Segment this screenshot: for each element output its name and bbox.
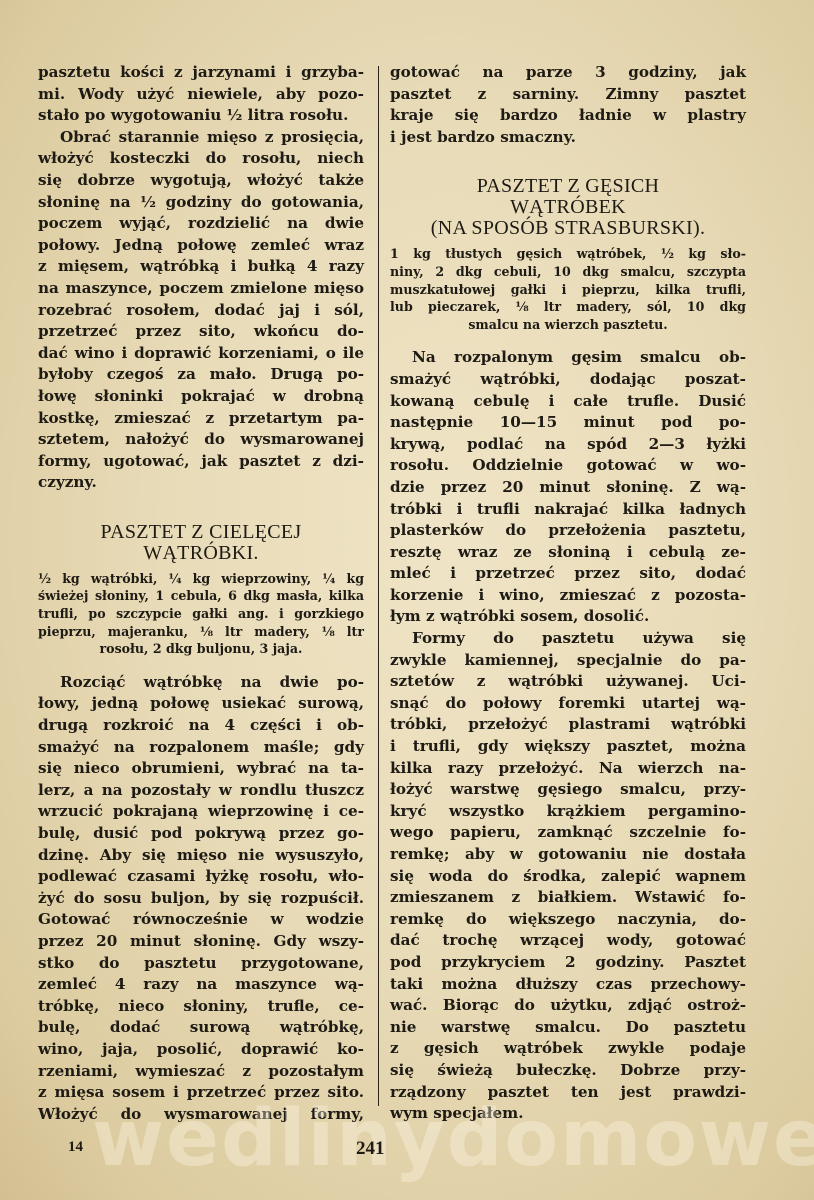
- text-line: włożyć kosteczki do rosołu, niech: [38, 148, 364, 170]
- text-line: resztę wraz ze słoniną i cebulą ze-: [390, 542, 746, 564]
- ingredients-list: 1 kg tłustych gęsich wątróbek, ½ kg sło-…: [390, 245, 746, 333]
- text-line: i trufli, gdy większy pasztet, można: [390, 736, 746, 758]
- text-line: mleć i przetrzeć przez sito, dodać: [390, 563, 746, 585]
- text-line: poczem wyjąć, rozdzielić na dwie: [38, 213, 364, 235]
- text-line: wym specjałem.: [390, 1103, 746, 1125]
- text-line: formy, ugotować, jak pasztet z dzi-: [38, 451, 364, 473]
- text-line: przez 20 minut słoninę. Gdy wszy-: [38, 931, 364, 953]
- text-line: wrzucić pokrajaną wieprzowinę i ce-: [38, 801, 364, 823]
- text-line: lerz, a na pozostały w rondlu tłuszcz: [38, 780, 364, 802]
- text-line: PASZTET Z GĘSICH: [390, 176, 746, 197]
- text-line: świeżej słoniny, 1 cebula, 6 dkg masła, …: [38, 587, 364, 605]
- text-line: remkę; aby w gotowaniu nie dostała: [390, 844, 746, 866]
- text-line: Obrać starannie mięso z prosięcia,: [38, 127, 364, 149]
- text-line: przetrzeć przez sito, wkońcu do-: [38, 321, 364, 343]
- text-line: kilka razy przełożyć. Na wierzch na-: [390, 758, 746, 780]
- text-line: rosołu, 2 dkg buljonu, 3 jaja.: [38, 640, 364, 658]
- text-line: drugą rozkroić na 4 części i ob-: [38, 715, 364, 737]
- text-line: kraje się bardzo ładnie w plastry: [390, 105, 746, 127]
- text-line: na maszynce, poczem zmielone mięso: [38, 278, 364, 300]
- text-line: i jest bardzo smaczny.: [390, 127, 746, 149]
- text-line: się świeżą bułeczkę. Dobrze przy-: [390, 1060, 746, 1082]
- text-line: się nieco obrumieni, wybrać na ta-: [38, 758, 364, 780]
- text-line: smażyć na rozpalonem maśle; gdy: [38, 737, 364, 759]
- text-line: snąć do połowy foremki utartej wą-: [390, 693, 746, 715]
- text-line: taki można dłuższy czas przechowy-: [390, 974, 746, 996]
- text-line: się dobrze wygotują, włożyć także: [38, 170, 364, 192]
- paragraph: Rozciąć wątróbkę na dwie po-łowy, jedną …: [38, 672, 364, 1125]
- text-line: dać wino i doprawić korzeniami, o ile: [38, 343, 364, 365]
- text-line: mi. Wody użyć niewiele, aby pozo-: [38, 84, 364, 106]
- left-column: pasztetu kości z jarzynami i grzyba-mi. …: [38, 62, 364, 1125]
- text-line: kowaną cebulę i całe trufle. Dusić: [390, 391, 746, 413]
- text-line: kostkę, zmieszać z przetartym pa-: [38, 408, 364, 430]
- text-line: słoninę na ½ godziny do gotowania,: [38, 192, 364, 214]
- text-line: trufli, po szczypcie gałki ang. i gorzki…: [38, 605, 364, 623]
- text-line: rzeniami, wymieszać z pozostałym: [38, 1061, 364, 1083]
- text-line: ½ kg wątróbki, ¼ kg wieprzowiny, ¼ kg: [38, 570, 364, 588]
- text-line: remkę do większego naczynia, do-: [390, 909, 746, 931]
- text-line: WĄTRÓBEK: [390, 197, 746, 218]
- continuation-text: gotować na parze 3 godziny, jakpasztet z…: [390, 62, 746, 148]
- text-line: pasztetu kości z jarzynami i grzyba-: [38, 62, 364, 84]
- text-line: byłoby czegoś za mało. Drugą po-: [38, 364, 364, 386]
- text-line: Rozciąć wątróbkę na dwie po-: [38, 672, 364, 694]
- page-number-left: 14: [68, 1139, 83, 1156]
- text-line: żyć do sosu buljon, by się rozpuścił.: [38, 888, 364, 910]
- text-line: lub pieczarek, ⅛ ltr madery, sól, 10 dkg: [390, 298, 746, 316]
- text-line: z mięsa sosem i przetrzeć przez sito.: [38, 1082, 364, 1104]
- text-line: korzenie i wino, zmieszać z pozosta-: [390, 585, 746, 607]
- text-line: stało po wygotowaniu ½ litra rosołu.: [38, 105, 364, 127]
- text-line: pasztet z sarniny. Zimny pasztet: [390, 84, 746, 106]
- text-line: wego papieru, zamknąć szczelnie fo-: [390, 822, 746, 844]
- text-line: wać. Biorąc do użytku, zdjąć ostroż-: [390, 995, 746, 1017]
- text-line: połowy. Jedną połowę zemleć wraz: [38, 235, 364, 257]
- text-line: smalcu na wierzch pasztetu.: [390, 316, 746, 334]
- text-line: łym z wątróbki sosem, dosolić.: [390, 606, 746, 628]
- text-line: dać trochę wrzącej wody, gotować: [390, 930, 746, 952]
- text-line: Na rozpalonym gęsim smalcu ob-: [390, 347, 746, 369]
- text-line: łowę słoninki pokrajać w drobną: [38, 386, 364, 408]
- text-line: rządzony pasztet ten jest prawdzi-: [390, 1082, 746, 1104]
- column-divider: [378, 66, 379, 1106]
- text-line: tróbkę, nieco słoniny, trufle, ce-: [38, 996, 364, 1018]
- text-line: podlewać czasami łyżkę rosołu, wło-: [38, 866, 364, 888]
- right-column: gotować na parze 3 godziny, jakpasztet z…: [390, 62, 746, 1125]
- text-line: krywą, podlać na spód 2—3 łyżki: [390, 434, 746, 456]
- text-line: muszkatułowej gałki i pieprzu, kilka tru…: [390, 281, 746, 299]
- text-line: Gotować równocześnie w wodzie: [38, 909, 364, 931]
- text-line: dzie przez 20 minut słoninę. Z wą-: [390, 477, 746, 499]
- text-line: PASZTET Z CIELĘCEJ: [38, 522, 364, 543]
- text-line: następnie 10—15 minut pod po-: [390, 412, 746, 434]
- text-line: czyzny.: [38, 472, 364, 494]
- text-line: Włożyć do wysmarowanej formy,: [38, 1104, 364, 1126]
- text-line: nie warstwę smalcu. Do pasztetu: [390, 1017, 746, 1039]
- text-line: (NA SPOSÓB STRASBURSKI).: [390, 218, 746, 239]
- text-line: gotować na parze 3 godziny, jak: [390, 62, 746, 84]
- text-line: pod przykryciem 2 godziny. Pasztet: [390, 952, 746, 974]
- text-line: niny, 2 dkg cebuli, 10 dkg smalcu, szczy…: [390, 263, 746, 281]
- text-line: WĄTRÓBKI.: [38, 543, 364, 564]
- page-number: 241: [356, 1138, 385, 1160]
- text-line: Formy do pasztetu używa się: [390, 628, 746, 650]
- text-line: stko do pasztetu przygotowane,: [38, 953, 364, 975]
- text-line: tróbki i trufli nakrajać kilka ładnych: [390, 499, 746, 521]
- text-line: rosołu. Oddzielnie gotować w wo-: [390, 455, 746, 477]
- text-line: zwykle kamiennej, specjalnie do pa-: [390, 650, 746, 672]
- paragraph: Na rozpalonym gęsim smalcu ob-smażyć wąt…: [390, 347, 746, 628]
- continuation-text: pasztetu kości z jarzynami i grzyba-mi. …: [38, 62, 364, 127]
- text-line: zemleć 4 razy na maszynce wą-: [38, 974, 364, 996]
- text-line: dzinę. Aby się mięso nie wysuszyło,: [38, 845, 364, 867]
- text-line: smażyć wątróbki, dodając poszat-: [390, 369, 746, 391]
- text-line: pieprzu, majeranku, ⅛ ltr madery, ⅛ ltr: [38, 623, 364, 641]
- text-line: 1 kg tłustych gęsich wątróbek, ½ kg sło-: [390, 245, 746, 263]
- text-line: bulę, dusić pod pokrywą przez go-: [38, 823, 364, 845]
- text-line: wino, jaja, posolić, doprawić ko-: [38, 1039, 364, 1061]
- text-line: sztetem, nałożyć do wysmarowanej: [38, 429, 364, 451]
- paragraph: Formy do pasztetu używa sięzwykle kamien…: [390, 628, 746, 1125]
- text-line: łowy, jedną połowę usiekać surową,: [38, 693, 364, 715]
- text-line: łożyć warstwę gęsiego smalcu, przy-: [390, 779, 746, 801]
- ingredients-list: ½ kg wątróbki, ¼ kg wieprzowiny, ¼ kgświ…: [38, 570, 364, 658]
- recipe-title: PASZTET Z GĘSICHWĄTRÓBEK(NA SPOSÓB STRAS…: [390, 176, 746, 239]
- paragraph: Obrać starannie mięso z prosięcia,włożyć…: [38, 127, 364, 494]
- text-line: tróbki, przełożyć plastrami wątróbki: [390, 714, 746, 736]
- text-line: sztetów z wątróbki używanej. Uci-: [390, 671, 746, 693]
- text-line: bulę, dodać surową wątróbkę,: [38, 1017, 364, 1039]
- recipe-title: PASZTET Z CIELĘCEJWĄTRÓBKI.: [38, 522, 364, 564]
- text-line: zmieszanem z białkiem. Wstawić fo-: [390, 887, 746, 909]
- text-line: rozebrać rosołem, dodać jaj i sól,: [38, 300, 364, 322]
- text-line: z mięsem, wątróbką i bułką 4 razy: [38, 256, 364, 278]
- text-line: kryć wszystko krążkiem pergamino-: [390, 801, 746, 823]
- text-line: z gęsich wątróbek zwykle podaje: [390, 1038, 746, 1060]
- text-line: plasterków do przełożenia pasztetu,: [390, 520, 746, 542]
- text-line: się woda do środka, zalepić wapnem: [390, 866, 746, 888]
